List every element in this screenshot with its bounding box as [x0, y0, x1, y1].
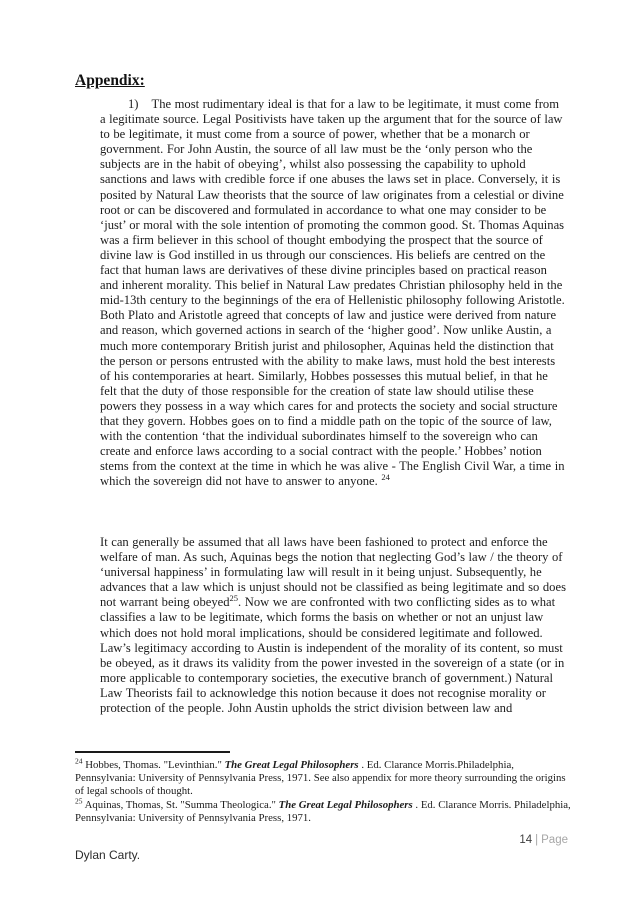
paragraph-2-text-b: . Now we are confronted with two conflic… — [100, 595, 564, 715]
footnote-ref-25: 25 — [230, 593, 239, 603]
footnote-ref-24: 24 — [381, 472, 390, 482]
footnote-24-marker: 24 — [75, 756, 83, 765]
appendix-heading: Appendix: — [75, 72, 145, 90]
footnote-25-citation: Aquinas, Thomas, St. "Summa Theologica." — [83, 799, 279, 811]
footnote-separator-rule — [75, 751, 230, 753]
author-name: Dylan Carty. — [75, 848, 140, 862]
paragraph-2: It can generally be assumed that all law… — [100, 535, 567, 716]
footnote-24: 24 Hobbes, Thomas. "Levinthian." The Gre… — [75, 759, 571, 799]
footnote-25: 25 Aquinas, Thomas, St. "Summa Theologic… — [75, 799, 571, 825]
footnote-25-marker: 25 — [75, 796, 83, 805]
page-number-separator: | — [532, 834, 541, 846]
footnote-24-book-title: The Great Legal Philosophers — [225, 759, 359, 771]
page-number: 14|Page — [519, 834, 568, 846]
document-page: Appendix: 1)The most rudimentary ideal i… — [0, 0, 638, 903]
paragraph-1: 1)The most rudimentary ideal is that for… — [100, 97, 567, 489]
page-number-value: 14 — [519, 834, 532, 846]
list-number: 1) — [128, 97, 152, 111]
paragraph-1-text: The most rudimentary ideal is that for a… — [100, 97, 565, 488]
footnote-24-citation: Hobbes, Thomas. "Levinthian." — [83, 759, 225, 771]
page-number-label: Page — [541, 834, 568, 846]
footnote-25-book-title: The Great Legal Philosophers — [279, 799, 413, 811]
